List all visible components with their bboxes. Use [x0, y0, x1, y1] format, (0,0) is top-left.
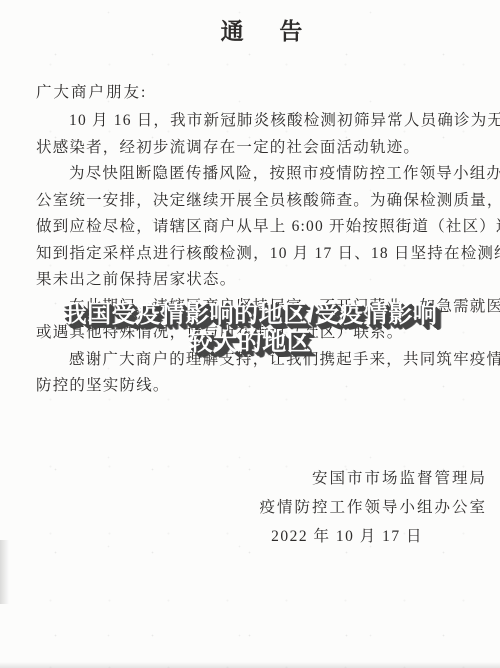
notice-line: 公室统一安排，决定继续开展全员核酸筛查。为确保检测质量， [36, 188, 487, 215]
notice-body: 10 月 16 日，我市新冠肺炎核酸检测初筛异常人员确诊为无症 状感染者，经初步… [36, 108, 487, 400]
notice-document: 通 告 广大商户朋友: 10 月 16 日，我市新冠肺炎核酸检测初筛异常人员确诊… [0, 0, 500, 668]
notice-line: 果未出之前保持居家状态。 [36, 267, 487, 294]
signature-block: 安国市市场监督管理局 疫情防控工作领导小组办公室 [36, 464, 487, 522]
issuer-office: 疫情防控工作领导小组办公室 [36, 493, 487, 522]
notice-line: 状感染者，经初步流调存在一定的社会面活动轨迹。 [36, 135, 487, 162]
notice-line: 做到应检尽检，请辖区商户从早上 6:00 开始按照街道（社区）通 [36, 214, 487, 241]
notice-line: 在此期间，请辖区商户坚持居家，不开门营业。如急需就医 [36, 294, 487, 321]
notice-line: 知到指定采样点进行核酸检测，10 月 17 日、18 日坚持在检测结 [36, 241, 487, 268]
notice-line: 或遇其他特殊情况，请与所在街道（社区）联系。 [36, 320, 487, 347]
notice-line: 防控的坚实防线。 [36, 373, 487, 400]
notice-photo: 通 告 广大商户朋友: 10 月 16 日，我市新冠肺炎核酸检测初筛异常人员确诊… [0, 0, 500, 668]
issuer-name: 安国市市场监督管理局 [36, 464, 487, 493]
salutation: 广大商户朋友: [36, 82, 487, 104]
notice-title: 通 告 [36, 18, 487, 46]
notice-line: 10 月 16 日，我市新冠肺炎核酸检测初筛异常人员确诊为无症 [36, 108, 487, 135]
notice-line: 感谢广大商户的理解支持，让我们携起手来，共同筑牢疫情 [36, 347, 487, 374]
notice-line: 为尽快阻断隐匿传播风险，按照市疫情防控工作领导小组办 [36, 161, 487, 188]
issue-date: 2022 年 10 月 17 日 [36, 522, 487, 551]
